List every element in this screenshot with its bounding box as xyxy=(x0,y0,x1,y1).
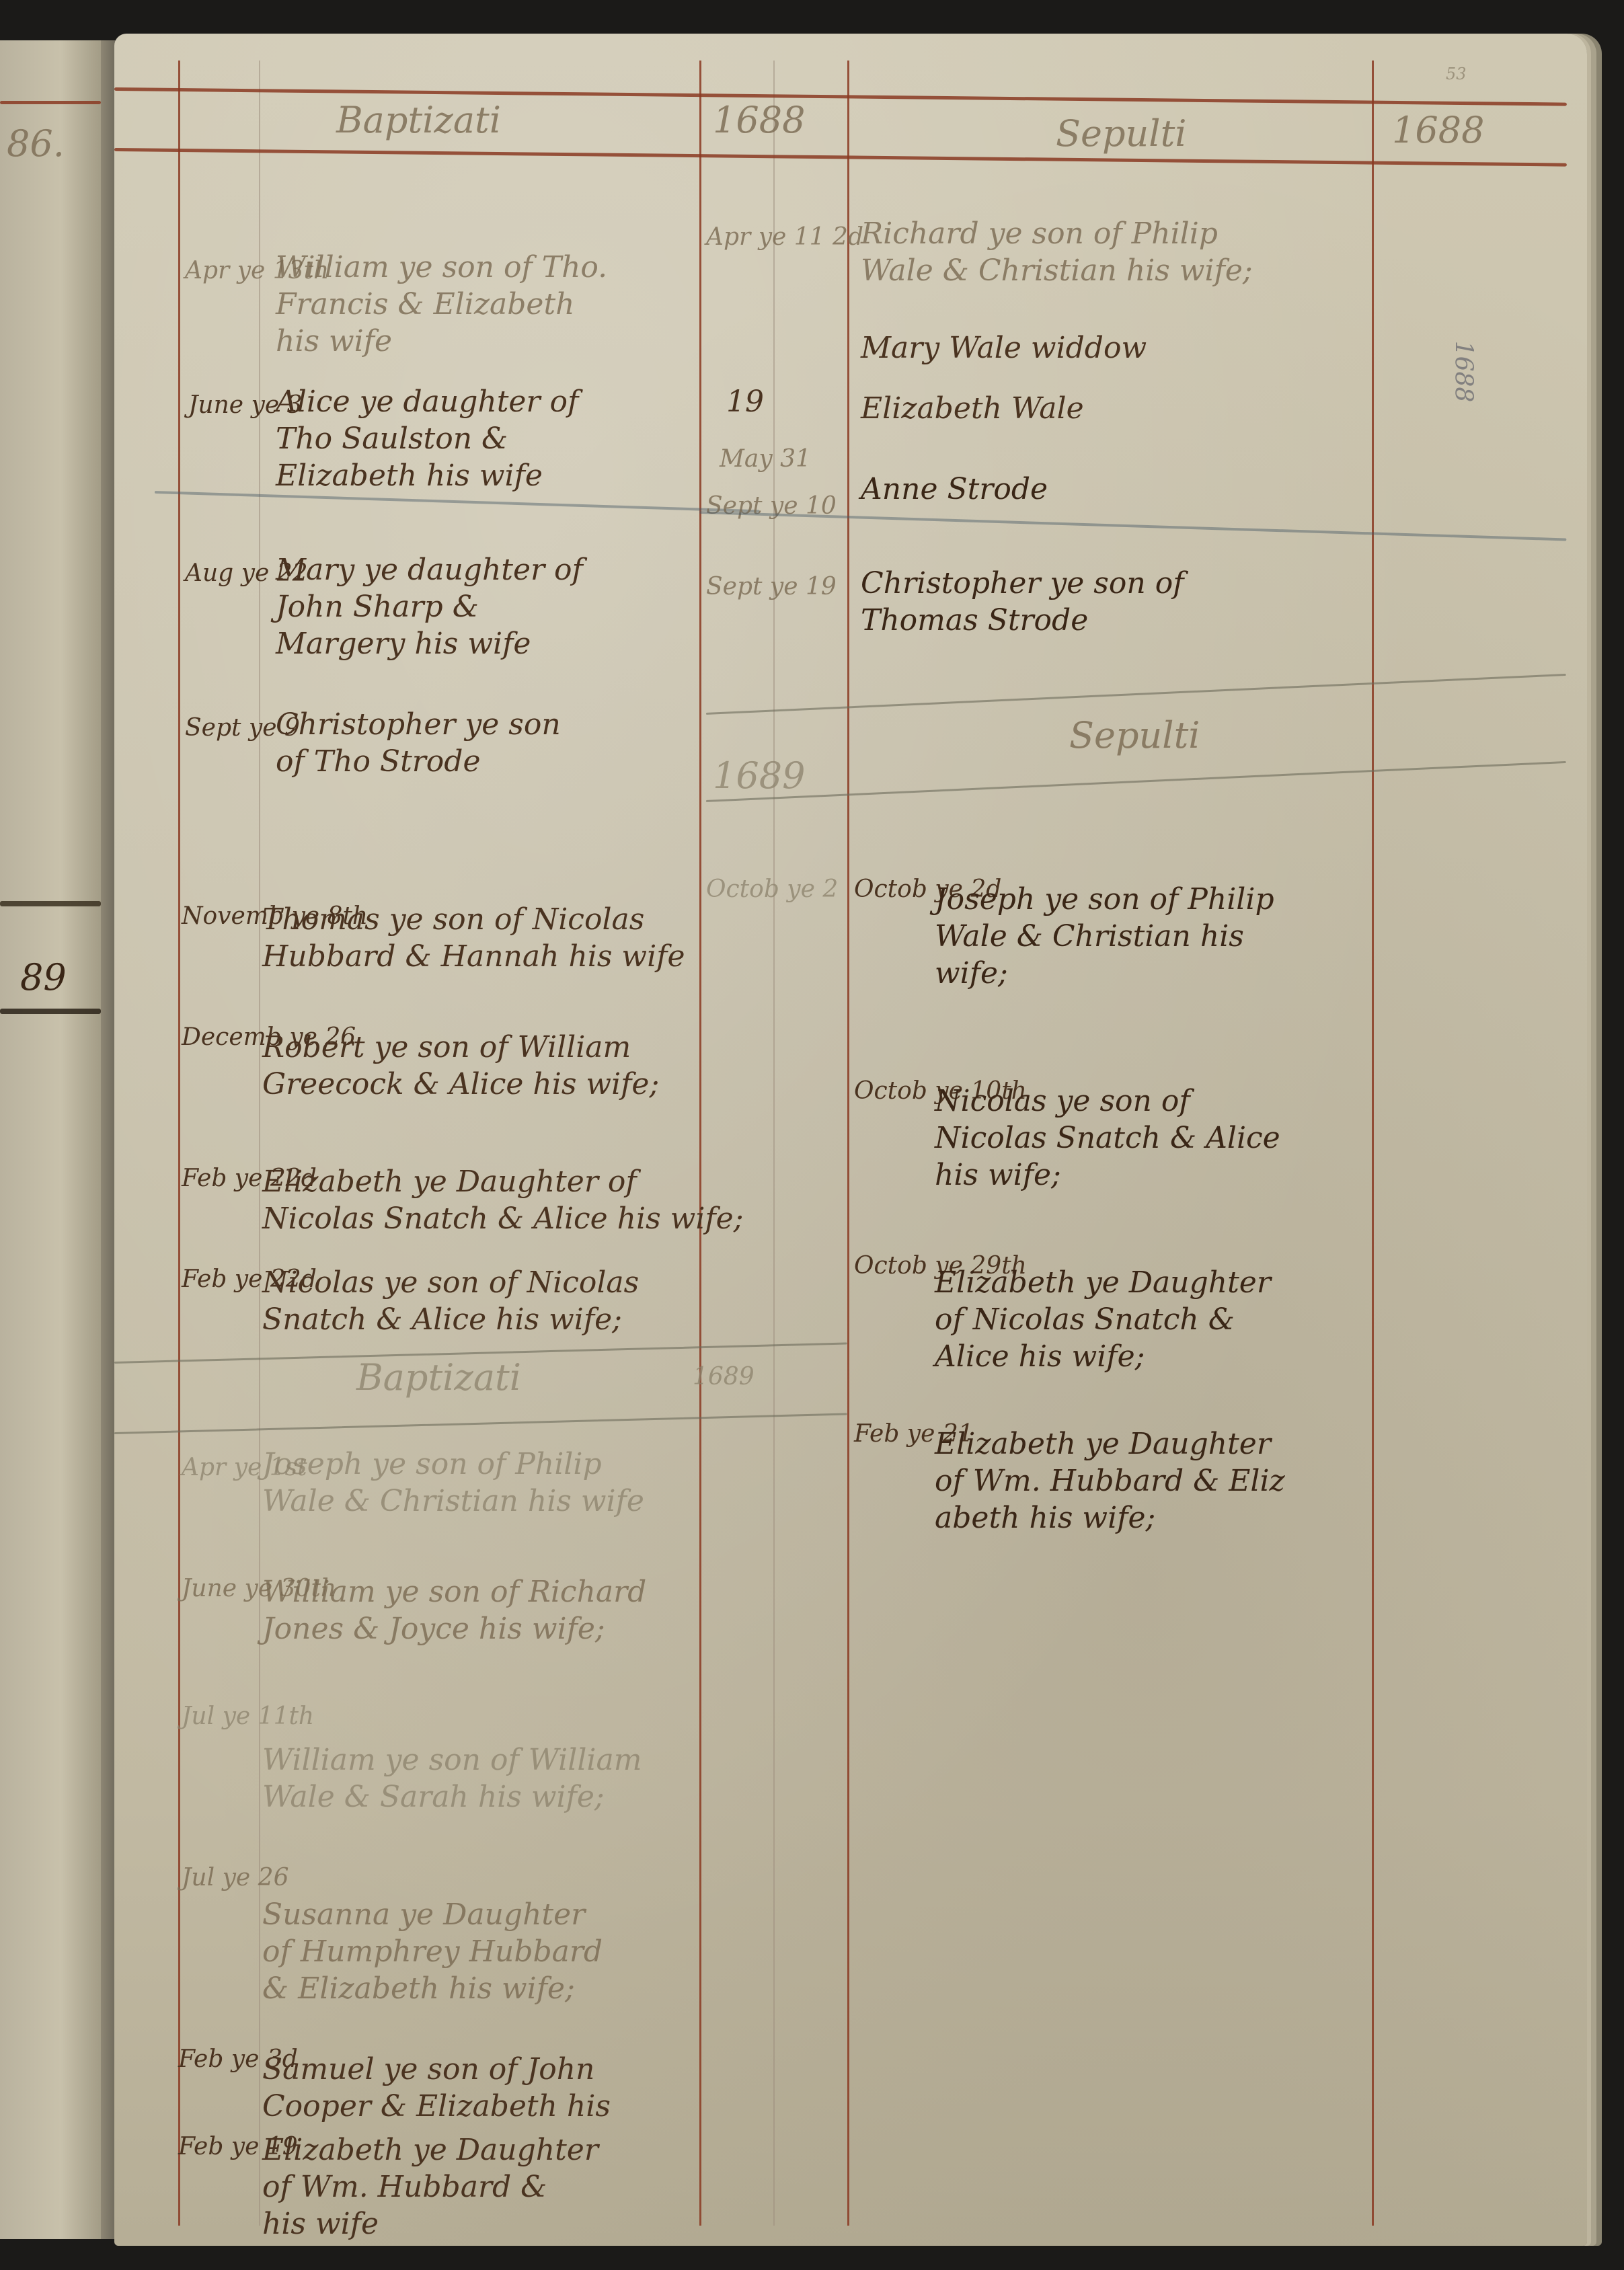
burial-date: Sept ye 19 xyxy=(706,572,837,602)
pencil-marginalia: 1688 xyxy=(1448,341,1478,403)
burial-entry: Richard ye son of Philip Wale & Christia… xyxy=(861,215,1253,289)
burials-1689-year: 1689 xyxy=(713,753,805,799)
column-rule xyxy=(847,61,849,2226)
burial-date: May 31 xyxy=(720,444,811,474)
baptisms-1689-year: 1689 xyxy=(693,1362,755,1392)
left-page-rule xyxy=(0,1009,101,1014)
facing-left-page xyxy=(0,40,101,2239)
baptism-entry: Alice ye daughter of Tho Saulston & Eliz… xyxy=(276,383,578,494)
header-rule-bottom xyxy=(114,148,1567,167)
baptism-date: Jul ye 26 xyxy=(182,1863,288,1893)
baptism-date: Jul ye 11th xyxy=(182,1701,314,1731)
burial-margin-date: Octob ye 2 xyxy=(706,874,838,904)
column-rule xyxy=(259,61,260,2226)
burials-header: Sepulti xyxy=(1056,111,1187,157)
baptism-entry: Christopher ye son of Tho Strode xyxy=(276,706,561,780)
burial-date: Apr ye 11 2d xyxy=(706,222,863,252)
burial-date: 19 xyxy=(726,383,764,420)
column-rule xyxy=(773,61,775,2226)
baptism-entry: Elizabeth ye Daughter of Nicolas Snatch … xyxy=(262,1163,744,1237)
left-page-margin-year: 89 xyxy=(20,955,67,1001)
baptisms-year: 1688 xyxy=(713,97,805,143)
baptisms-1689-header: Baptizati xyxy=(356,1355,521,1401)
baptism-entry: Susanna ye Daughter of Humphrey Hubbard … xyxy=(262,1896,603,2007)
burial-entry: Anne Strode xyxy=(861,471,1048,508)
baptisms-header: Baptizati xyxy=(336,97,501,143)
baptism-entry: William ye son of Richard Jones & Joyce … xyxy=(262,1573,646,1647)
left-page-header-fragment: 86. xyxy=(7,121,65,167)
baptism-entry: William ye son of Tho. Francis & Elizabe… xyxy=(276,249,607,360)
burial-entry: Elizabeth Wale xyxy=(861,390,1084,427)
baptism-entry: Joseph ye son of Philip Wale & Christian… xyxy=(262,1446,644,1520)
baptism-entry: Robert ye son of William Greecock & Alic… xyxy=(262,1029,659,1103)
column-rule xyxy=(1372,61,1374,2226)
folio-number: 53 xyxy=(1446,64,1467,84)
burial-entry: Christopher ye son of Thomas Strode xyxy=(861,565,1184,639)
baptism-entry: Elizabeth ye Daughter of Wm. Hubbard & h… xyxy=(262,2131,598,2242)
left-page-rule xyxy=(0,101,101,104)
baptism-entry: William ye son of William Wale & Sarah h… xyxy=(262,1741,642,1815)
burials-year: 1688 xyxy=(1392,108,1484,153)
burial-entry: Mary Wale widdow xyxy=(861,329,1147,366)
burial-entry: Elizabeth ye Daughter of Wm. Hubbard & E… xyxy=(935,1425,1285,1536)
column-rule xyxy=(699,61,701,2226)
strike-line xyxy=(699,511,1566,541)
left-page-rule xyxy=(0,901,101,906)
baptism-entry: Thomas ye son of Nicolas Hubbard & Hanna… xyxy=(262,901,685,975)
section-rule xyxy=(114,1413,847,1434)
register-page: 53 Baptizati 1688 Sepulti 1688 Apr ye 13… xyxy=(114,34,1587,2246)
baptism-entry: Samuel ye son of John Cooper & Elizabeth… xyxy=(262,2051,611,2125)
burial-entry: Nicolas ye son of Nicolas Snatch & Alice… xyxy=(935,1083,1280,1193)
burial-entry: Joseph ye son of Philip Wale & Christian… xyxy=(935,881,1274,992)
section-rule xyxy=(706,761,1566,802)
burials-1689-header: Sepulti xyxy=(1069,713,1200,758)
column-rule xyxy=(178,61,180,2226)
section-rule xyxy=(706,674,1566,715)
header-rule-top xyxy=(114,87,1567,106)
burial-entry: Elizabeth ye Daughter of Nicolas Snatch … xyxy=(935,1264,1271,1375)
baptism-entry: Mary ye daughter of John Sharp & Margery… xyxy=(276,551,583,662)
baptism-entry: Nicolas ye son of Nicolas Snatch & Alice… xyxy=(262,1264,639,1338)
